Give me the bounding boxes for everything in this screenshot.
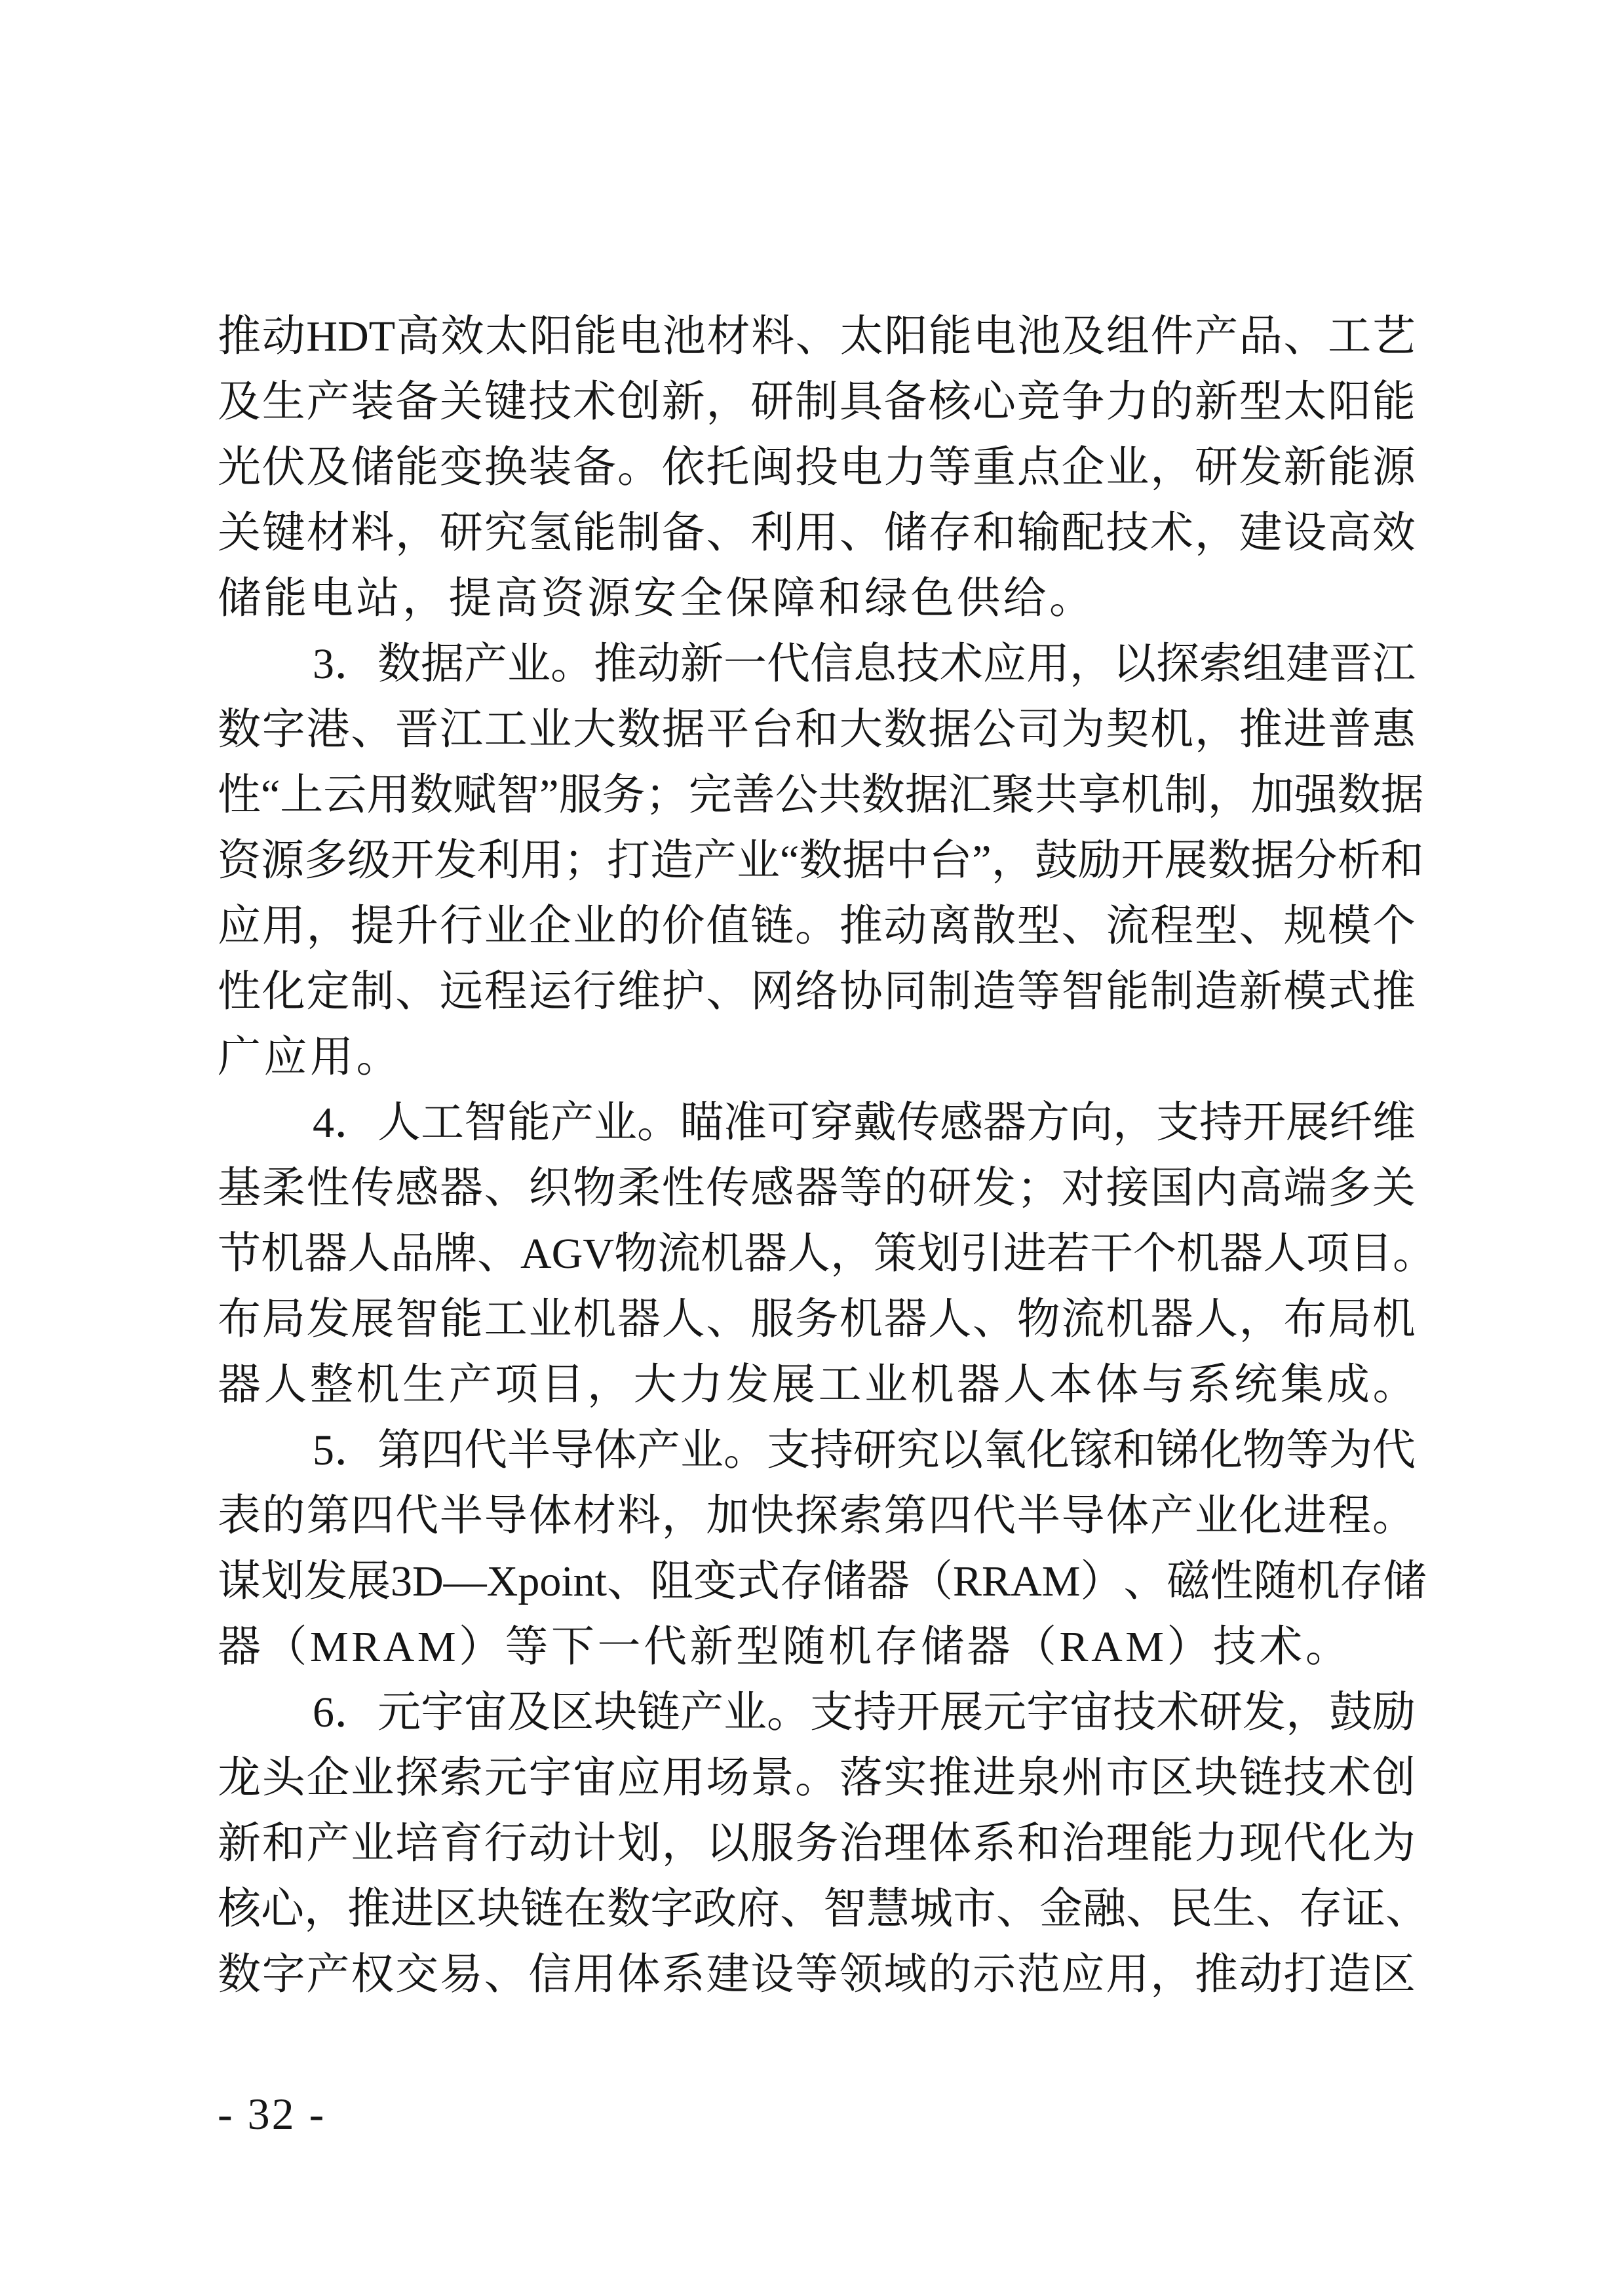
document-page: 推动HDT高效太阳能电池材料、太阳能电池及组件产品、工艺及生产装备关键技术创新，… [0, 0, 1622, 2296]
text-line: 性化定制、远程运行维护、网络协同制造等智能制造新模式推 [218, 959, 1416, 1025]
paragraph: 6．元宇宙及区块链产业。支持开展元宇宙技术研发，鼓励龙头企业探索元宇宙应用场景。… [218, 1680, 1416, 2008]
text-line: 广应用。 [218, 1025, 1416, 1090]
text-line: 布局发展智能工业机器人、服务机器人、物流机器人，布局机 [218, 1287, 1416, 1352]
text-line: 4．人工智能产业。瞄准可穿戴传感器方向，支持开展纤维 [218, 1090, 1416, 1156]
text-line: 6．元宇宙及区块链产业。支持开展元宇宙技术研发，鼓励 [218, 1680, 1416, 1746]
text-line: 5．第四代半导体产业。支持研究以氧化镓和锑化物等为代 [218, 1418, 1416, 1483]
text-line: 表的第四代半导体材料，加快探索第四代半导体产业化进程。 [218, 1483, 1416, 1549]
paragraph: 5．第四代半导体产业。支持研究以氧化镓和锑化物等为代表的第四代半导体材料，加快探… [218, 1418, 1416, 1680]
text-line: 及生产装备关键技术创新，研制具备核心竞争力的新型太阳能 [218, 370, 1416, 435]
text-line: 数字港、晋江工业大数据平台和大数据公司为契机，推进普惠 [218, 697, 1416, 763]
text-line: 关键材料，研究氢能制备、利用、储存和输配技术，建设高效 [218, 501, 1416, 566]
text-line: 节机器人品牌、AGV物流机器人，策划引进若干个机器人项目。 [218, 1221, 1416, 1287]
text-line: 数字产权交易、信用体系建设等领域的示范应用，推动打造区 [218, 1942, 1416, 2008]
text-line: 基柔性传感器、织物柔性传感器等的研发；对接国内高端多关 [218, 1156, 1416, 1221]
text-line: 器（MRAM）等下一代新型随机存储器（RAM）技术。 [218, 1615, 1416, 1680]
text-line: 新和产业培育行动计划，以服务治理体系和治理能力现代化为 [218, 1811, 1416, 1877]
paragraph: 3．数据产业。推动新一代信息技术应用，以探索组建晋江数字港、晋江工业大数据平台和… [218, 632, 1416, 1090]
text-line: 龙头企业探索元宇宙应用场景。落实推进泉州市区块链技术创 [218, 1746, 1416, 1811]
text-line: 光伏及储能变换装备。依托闽投电力等重点企业，研发新能源 [218, 435, 1416, 501]
text-line: 储能电站，提高资源安全保障和绿色供给。 [218, 566, 1416, 632]
text-line: 器人整机生产项目，大力发展工业机器人本体与系统集成。 [218, 1352, 1416, 1418]
text-line: 核心，推进区块链在数字政府、智慧城市、金融、民生、存证、 [218, 1877, 1416, 1942]
page-number: - 32 - [218, 2088, 326, 2140]
paragraph: 4．人工智能产业。瞄准可穿戴传感器方向，支持开展纤维基柔性传感器、织物柔性传感器… [218, 1090, 1416, 1418]
text-line: 推动HDT高效太阳能电池材料、太阳能电池及组件产品、工艺 [218, 304, 1416, 370]
text-line: 谋划发展3D—Xpoint、阻变式存储器（RRAM）、磁性随机存储 [218, 1549, 1416, 1615]
text-line: 3．数据产业。推动新一代信息技术应用，以探索组建晋江 [218, 632, 1416, 697]
text-line: 资源多级开发利用；打造产业“数据中台”，鼓励开展数据分析和 [218, 828, 1416, 894]
text-line: 性“上云用数赋智”服务；完善公共数据汇聚共享机制，加强数据 [218, 763, 1416, 828]
text-line: 应用，提升行业企业的价值链。推动离散型、流程型、规模个 [218, 894, 1416, 959]
paragraph: 推动HDT高效太阳能电池材料、太阳能电池及组件产品、工艺及生产装备关键技术创新，… [218, 304, 1416, 632]
body-text: 推动HDT高效太阳能电池材料、太阳能电池及组件产品、工艺及生产装备关键技术创新，… [218, 304, 1416, 2008]
